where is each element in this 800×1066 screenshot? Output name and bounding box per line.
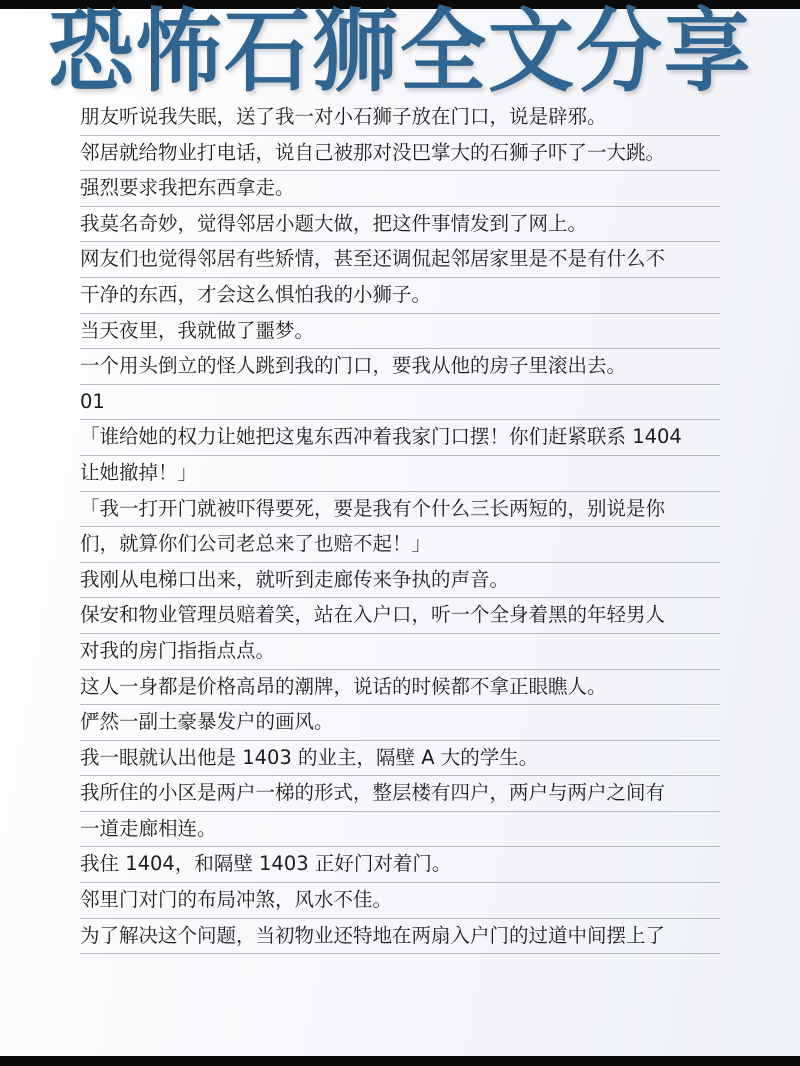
article-body: 朋友听说我失眠，送了我一对小石狮子放在门口，说是辟邪。 邻居就给物业打电话，说自… [80,100,720,954]
text-line: 我所住的小区是两户一梯的形式，整层楼有四户，两户与两户之间有 [80,776,720,812]
text-line: 让她撤掉！」 [80,456,720,492]
bottom-black-bar [0,1056,800,1066]
text-line: 俨然一副土豪暴发户的画风。 [80,705,720,741]
text-line: 这人一身都是价格高昂的潮牌，说话的时候都不拿正眼瞧人。 [80,670,720,706]
text-line: 保安和物业管理员赔着笑，站在入户口，听一个全身着黑的年轻男人 [80,598,720,634]
text-line: 我刚从电梯口出来，就听到走廊传来争执的声音。 [80,563,720,599]
text-line: 强烈要求我把东西拿走。 [80,171,720,207]
page-title: 恐怖石狮全文分享 [0,0,800,105]
text-line: 「我一打开门就被吓得要死，要是我有个什么三长两短的，别说是你 [80,492,720,528]
text-line: 邻居就给物业打电话，说自己被那对没巴掌大的石狮子吓了一大跳。 [80,136,720,172]
text-line: 们，就算你们公司老总来了也赔不起！」 [80,527,720,563]
text-line: 干净的东西，才会这么惧怕我的小狮子。 [80,278,720,314]
text-line: 我一眼就认出他是 1403 的业主，隔壁 A 大的学生。 [80,741,720,777]
text-line: 对我的房门指指点点。 [80,634,720,670]
text-line: 网友们也觉得邻居有些矫情，甚至还调侃起邻居家里是不是有什么不 [80,242,720,278]
text-line: 当天夜里，我就做了噩梦。 [80,314,720,350]
text-line: 邻里门对门的布局冲煞，风水不佳。 [80,883,720,919]
text-line: 朋友听说我失眠，送了我一对小石狮子放在门口，说是辟邪。 [80,100,720,136]
text-line: 为了解决这个问题，当初物业还特地在两扇入户门的过道中间摆上了 [80,919,720,955]
text-line: 我莫名奇妙，觉得邻居小题大做，把这件事情发到了网上。 [80,207,720,243]
text-line: 一个用头倒立的怪人跳到我的门口，要我从他的房子里滚出去。 [80,349,720,385]
text-line: 「谁给她的权力让她把这鬼东西冲着我家门口摆！你们赶紧联系 1404 [80,420,720,456]
text-line: 我住 1404，和隔壁 1403 正好门对着门。 [80,847,720,883]
text-line: 一道走廊相连。 [80,812,720,848]
chapter-number: 01 [80,385,720,421]
